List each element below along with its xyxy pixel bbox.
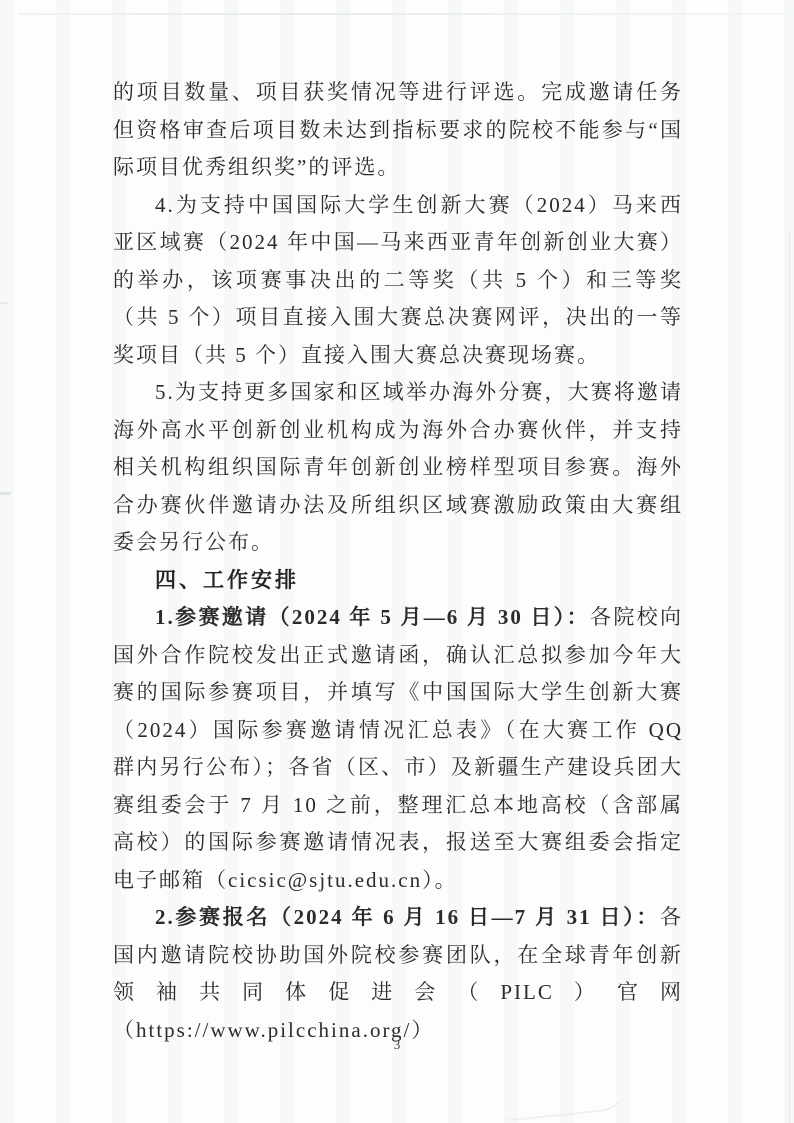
task-1-invitation-title: 1.参赛邀请（2024 年 5 月—6 月 30 日）：: [155, 605, 590, 629]
paragraph-award-eligibility: 的项目数量、项目获奖情况等进行评选。完成邀请任务但资格审查后项目数未达到指标要求…: [113, 74, 683, 187]
document-body: 的项目数量、项目获奖情况等进行评选。完成邀请任务但资格审查后项目数未达到指标要求…: [113, 74, 683, 1049]
scan-artifact-left-tick: [0, 302, 8, 304]
scan-artifact-right-edge-line: [789, 232, 790, 1123]
paragraph-task-2-registration: 2.参赛报名（2024 年 6 月 16 日—7 月 31 日）：各国内邀请院校…: [113, 899, 683, 1049]
paragraph-item-4-malaysia-regional: 4.为支持中国国际大学生创新大赛（2024）马来西亚区域赛（2024 年中国—马…: [113, 187, 683, 375]
paragraph-task-1-invitation: 1.参赛邀请（2024 年 5 月—6 月 30 日）：各院校向国外合作院校发出…: [113, 599, 683, 899]
section-heading-work-arrangement: 四、工作安排: [113, 562, 683, 600]
scan-artifact-top-line: [18, 13, 794, 15]
paragraph-item-5-overseas-partners: 5.为支持更多国家和区域举办海外分赛，大赛将邀请海外高水平创新创业机构成为海外合…: [113, 374, 683, 562]
task-1-invitation-body: 各院校向国外合作院校发出正式邀请函，确认汇总拟参加今年大赛的国际参赛项目，并填写…: [113, 605, 683, 892]
document-page: 的项目数量、项目获奖情况等进行评选。完成邀请任务但资格审查后项目数未达到指标要求…: [0, 0, 794, 1123]
scan-artifact-left-dash: [0, 492, 11, 495]
page-number: 3: [0, 1037, 794, 1053]
task-2-registration-title: 2.参赛报名（2024 年 6 月 16 日—7 月 31 日）：: [155, 905, 660, 929]
scan-artifact-bottom-curve: [502, 1072, 635, 1121]
